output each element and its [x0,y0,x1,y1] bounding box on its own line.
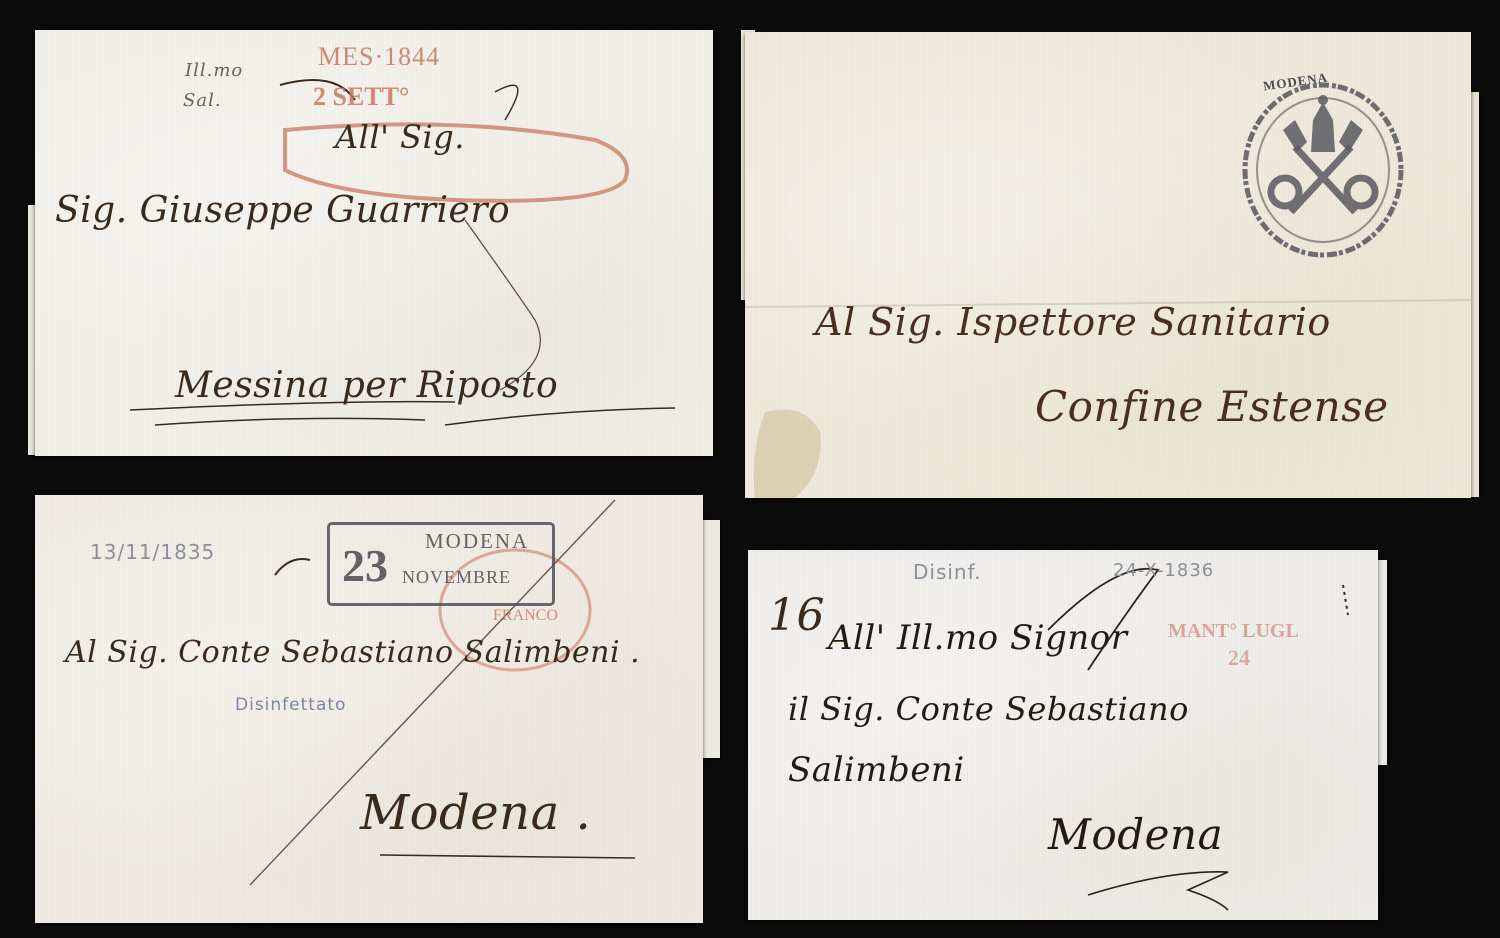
postmark-month: NOVEMBRE [402,567,511,588]
pencil-note: Disinf. [913,560,982,584]
address-recipient: Al Sig. Ispettore Sanitario [815,300,1331,344]
address-destination: Modena . [360,785,591,841]
postmark-franco: FRANCO [493,607,558,625]
corner-note: Ill.mo [185,60,243,81]
postmark-day: 24 [1228,645,1250,671]
letter-bottom-right: 16 Disinf. 24-X-1836 MANT° LUGL 24 All' … [748,550,1378,920]
boxed-postmark: 23 MODENA NOVEMBRE [327,522,555,606]
postmark-mantova: MANT° LUGL [1168,620,1299,643]
address-destination: Confine Estense [1035,382,1389,431]
address-surname: Salimbeni [788,750,965,790]
postmark-city: MODENA [425,529,529,554]
postmark-date: 2 SETT° [313,82,409,112]
address-destination: Messina per Riposto [175,365,558,406]
address-recipient: Sig. Giuseppe Guarriero [55,190,510,231]
letter-top-left: MES·1844 2 SETT° Ill.mo Sal. All' Sig. S… [35,30,713,456]
address-salutation: All' Sig. [335,118,465,156]
address-salutation: All' Ill.mo Signor [828,618,1128,658]
pencil-note: Disinfettato [235,695,346,715]
flourishes [748,550,1378,920]
rate-mark: 16 [768,590,825,641]
letter-bottom-left: 23 MODENA NOVEMBRE FRANCO 13/11/1835 Al … [35,495,703,923]
address-destination: Modena [1048,810,1223,859]
address-recipient: Al Sig. Conte Sebastiano Salimbeni . [65,635,640,670]
papal-keys-postmark-icon [1235,72,1415,262]
pencil-date: 13/11/1835 [90,540,215,564]
address-recipient: il Sig. Conte Sebastiano [788,690,1189,728]
letter-top-right: MODENA Al Sig. Ispettore Sanitario Confi… [745,32,1471,498]
pencil-date: 24-X-1836 [1113,560,1214,581]
postmark-day: 23 [342,539,388,592]
letter-3-back-flap [700,520,720,758]
postmark-year: MES·1844 [318,42,440,72]
paper-texture [748,550,1378,920]
corner-note-2: Sal. [183,90,222,111]
